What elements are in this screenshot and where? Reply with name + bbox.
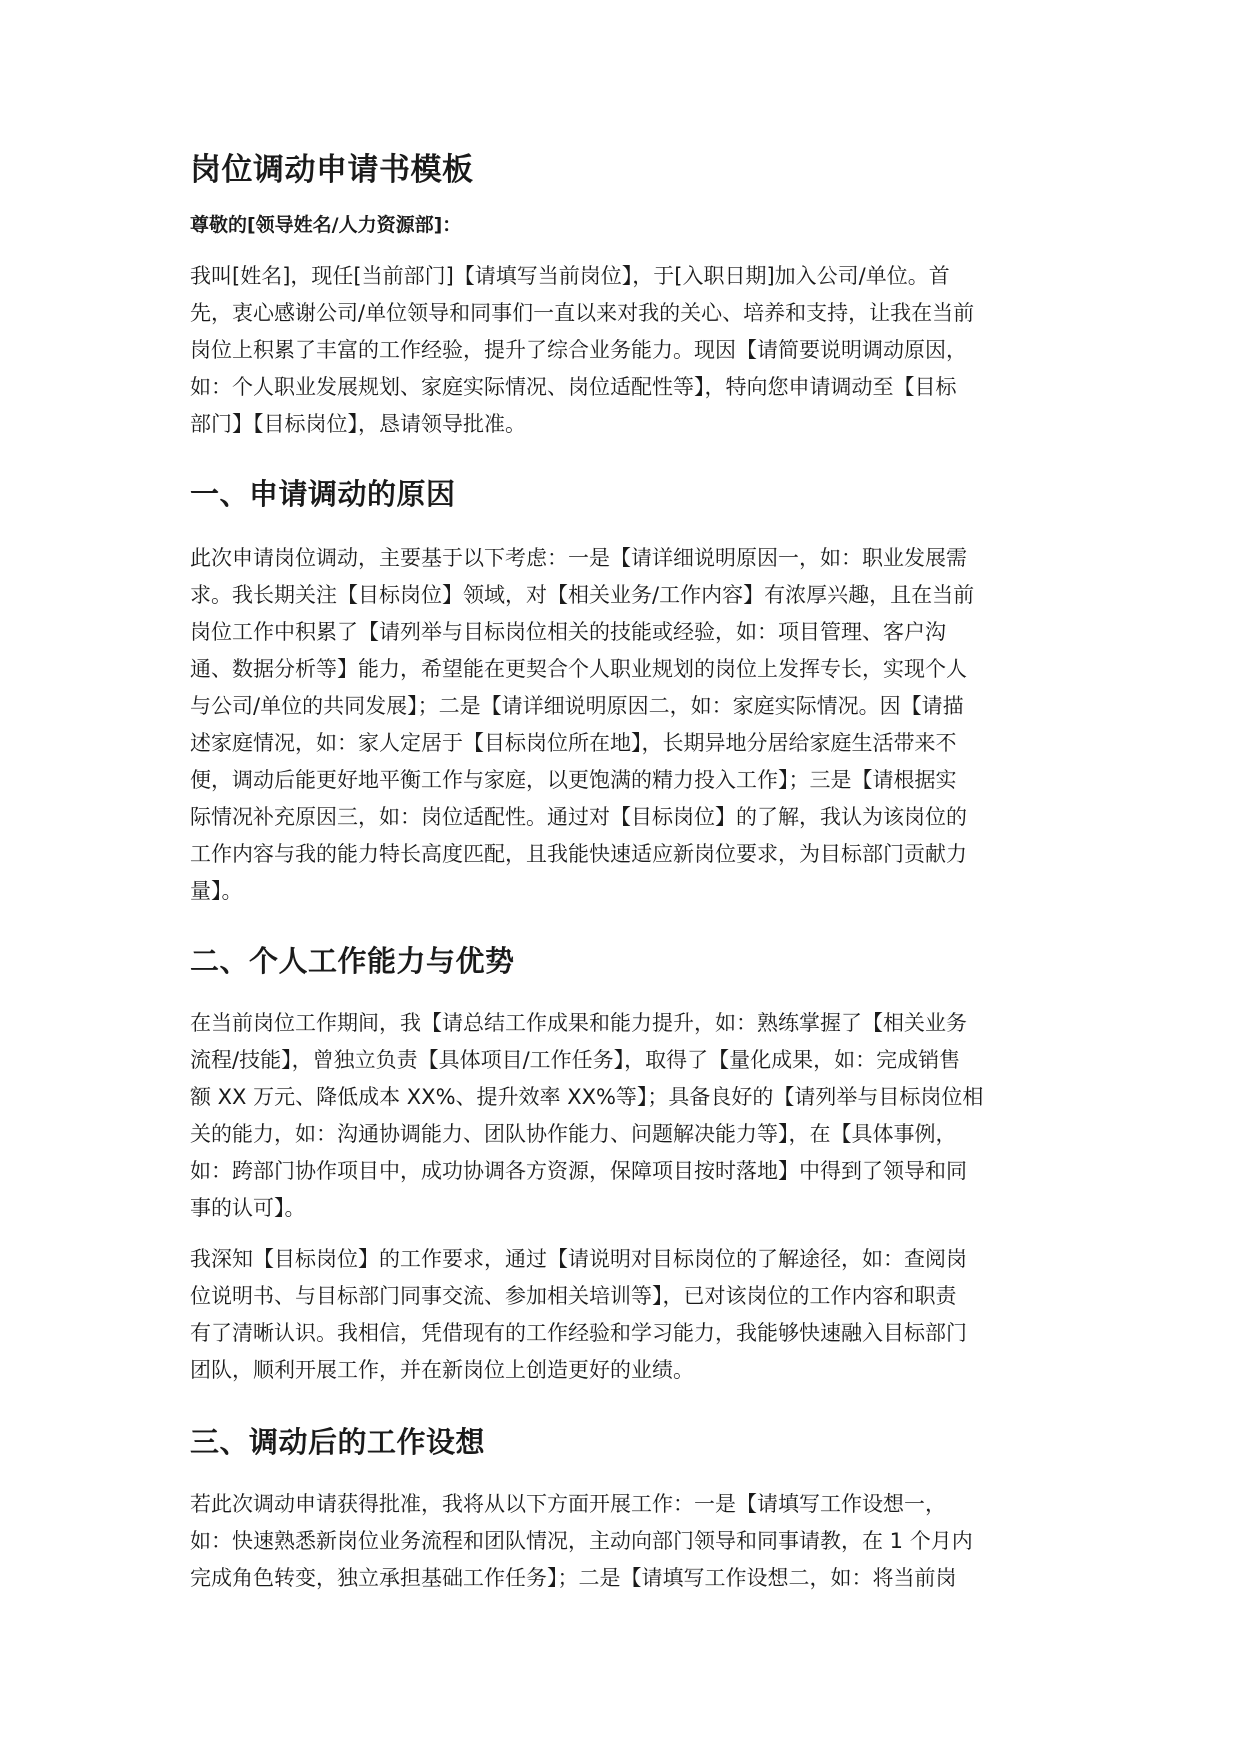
text-line: 我深知【目标岗位】的工作要求，通过【请说明对目标岗位的了解途径，如：查阅岗: [190, 1241, 1060, 1278]
text-line: 在当前岗位工作期间，我【请总结工作成果和能力提升，如：熟练掌握了【相关业务: [190, 1005, 1060, 1042]
text-line: 事的认可】。: [190, 1190, 1060, 1227]
text-line: 述家庭情况，如：家人定居于【目标岗位所在地】，长期异地分居给家庭生活带来不: [190, 725, 1060, 762]
text-line: 岗位上积累了丰富的工作经验，提升了综合业务能力。现因【请简要说明调动原因，: [190, 332, 1060, 369]
text-line: 际情况补充原因三，如：岗位适配性。通过对【目标岗位】的了解，我认为该岗位的: [190, 799, 1060, 836]
text-line: 求。我长期关注【目标岗位】领域，对【相关业务/工作内容】有浓厚兴趣，且在当前: [190, 577, 1060, 614]
text-line: 部门】【目标岗位】，恳请领导批准。: [190, 406, 1060, 443]
text-line: 量】。: [190, 873, 1060, 910]
intro-paragraph: 我叫[姓名]，现任[当前部门]【请填写当前岗位】，于[入职日期]加入公司/单位。…: [190, 258, 1060, 443]
reasons-paragraph: 此次申请岗位调动，主要基于以下考虑：一是【请详细说明原因一，如：职业发展需 求。…: [190, 540, 1060, 910]
text-line: 如：个人职业发展规划、家庭实际情况、岗位适配性等】，特向您申请调动至【目标: [190, 369, 1060, 406]
text-line: 我叫[姓名]，现任[当前部门]【请填写当前岗位】，于[入职日期]加入公司/单位。…: [190, 258, 1060, 295]
text-line: 位说明书、与目标部门同事交流、参加相关培训等】，已对该岗位的工作内容和职责: [190, 1278, 1060, 1315]
text-line: 关的能力，如：沟通协调能力、团队协作能力、问题解决能力等】，在【具体事例，: [190, 1116, 1060, 1153]
text-line: 有了清晰认识。我相信，凭借现有的工作经验和学习能力，我能够快速融入目标部门: [190, 1315, 1060, 1352]
text-line: 通、数据分析等】能力，希望能在更契合个人职业规划的岗位上发挥专长，实现个人: [190, 651, 1060, 688]
section-heading-reasons: 一、申请调动的原因: [190, 474, 1060, 514]
section-heading-plans: 三、调动后的工作设想: [190, 1422, 1060, 1462]
text-line: 完成角色转变，独立承担基础工作任务】；二是【请填写工作设想二，如：将当前岗: [190, 1560, 1060, 1597]
plans-paragraph: 若此次调动申请获得批准，我将从以下方面开展工作：一是【请填写工作设想一， 如：快…: [190, 1486, 1060, 1597]
text-line: 如：跨部门协作项目中，成功协调各方资源，保障项目按时落地】中得到了领导和同: [190, 1153, 1060, 1190]
text-line: 团队，顺利开展工作，并在新岗位上创造更好的业绩。: [190, 1352, 1060, 1389]
abilities-paragraph-1: 在当前岗位工作期间，我【请总结工作成果和能力提升，如：熟练掌握了【相关业务 流程…: [190, 1005, 1060, 1227]
text-line: 流程/技能】，曾独立负责【具体项目/工作任务】，取得了【量化成果，如：完成销售: [190, 1042, 1060, 1079]
section-heading-abilities: 二、个人工作能力与优势: [190, 941, 1060, 981]
text-line: 与公司/单位的共同发展】；二是【请详细说明原因二，如：家庭实际情况。因【请描: [190, 688, 1060, 725]
text-line: 岗位工作中积累了【请列举与目标岗位相关的技能或经验，如：项目管理、客户沟: [190, 614, 1060, 651]
text-line: 额 XX 万元、降低成本 XX%、提升效率 XX%等】；具备良好的【请列举与目标…: [190, 1079, 1060, 1116]
document-page: 岗位调动申请书模板 尊敬的[领导姓名/人力资源部]： 我叫[姓名]，现任[当前部…: [0, 0, 1241, 1755]
document-title: 岗位调动申请书模板: [190, 150, 1060, 190]
text-line: 若此次调动申请获得批准，我将从以下方面开展工作：一是【请填写工作设想一，: [190, 1486, 1060, 1523]
text-line: 先，衷心感谢公司/单位领导和同事们一直以来对我的关心、培养和支持，让我在当前: [190, 295, 1060, 332]
text-line: 此次申请岗位调动，主要基于以下考虑：一是【请详细说明原因一，如：职业发展需: [190, 540, 1060, 577]
text-line: 便，调动后能更好地平衡工作与家庭，以更饱满的精力投入工作】；三是【请根据实: [190, 762, 1060, 799]
salutation: 尊敬的[领导姓名/人力资源部]：: [190, 212, 1060, 238]
text-line: 工作内容与我的能力特长高度匹配，且我能快速适应新岗位要求，为目标部门贡献力: [190, 836, 1060, 873]
document-body: 岗位调动申请书模板 尊敬的[领导姓名/人力资源部]： 我叫[姓名]，现任[当前部…: [190, 150, 1060, 1597]
text-line: 如：快速熟悉新岗位业务流程和团队情况，主动向部门领导和同事请教，在 1 个月内: [190, 1523, 1060, 1560]
abilities-paragraph-2: 我深知【目标岗位】的工作要求，通过【请说明对目标岗位的了解途径，如：查阅岗 位说…: [190, 1241, 1060, 1389]
